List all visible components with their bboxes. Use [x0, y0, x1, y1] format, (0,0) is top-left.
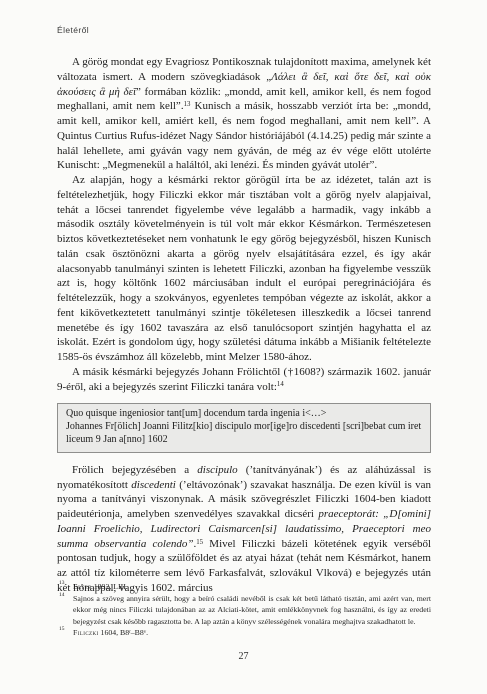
body-paragraph-3: A másik késmárki bejegyzés Johann Frölic… — [57, 365, 431, 395]
quote-line: Quo quisque ingeniosior tant[um] docendu… — [66, 408, 422, 421]
footnote-text: Elter 1892, LIII. — [73, 581, 431, 593]
body-paragraph-1: A görög mondat egy Evagriosz Pontikoszna… — [57, 55, 431, 173]
page-content: A görög mondat egy Evagriosz Pontikoszna… — [57, 55, 431, 596]
footnote-15: 15 Filiczki 1604, B8r–B8v. — [57, 627, 431, 639]
body-paragraph-4: Frölich bejegyzésében a discipulo (’taní… — [57, 463, 431, 596]
footnote-number: 14 — [57, 595, 73, 630]
quote-box: Quo quisque ingeniosior tant[um] docendu… — [57, 403, 431, 453]
body-paragraph-2: Az alapján, hogy a késmárki rektor görög… — [57, 173, 431, 365]
footnote-14: 14 Sajnos a szöveg annyira sérült, hogy … — [57, 593, 431, 628]
page-number: 27 — [0, 651, 487, 662]
book-page: Életéről A görög mondat egy Evagriosz Po… — [0, 0, 487, 694]
footnote-text: Filiczki 1604, B8r–B8v. — [73, 627, 431, 639]
footnote-text: Sajnos a szöveg annyira sérült, hogy a b… — [73, 593, 431, 628]
footnote-13: 13 Elter 1892, LIII. — [57, 581, 431, 593]
quote-line: Johannes Fr[ölich] Joanni Filitz[kio] di… — [66, 421, 422, 447]
footnote-number: 15 — [57, 629, 73, 641]
footnotes-block: 13 Elter 1892, LIII. 14 Sajnos a szöveg … — [57, 581, 431, 639]
running-header: Életéről — [57, 25, 89, 35]
